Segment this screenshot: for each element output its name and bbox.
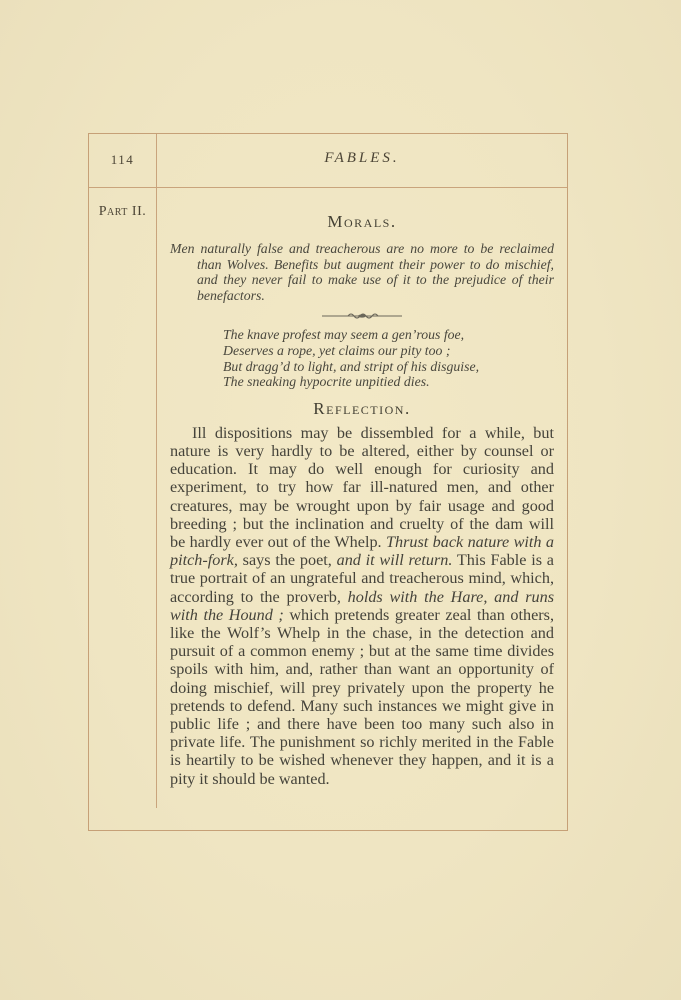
main-text-column: Morals. Men naturally false and treacher… [170, 188, 554, 788]
running-title: FABLES. [157, 150, 567, 167]
margin-divider-line [156, 134, 157, 808]
reflection-segment: which pretends greater zeal than others,… [170, 606, 554, 788]
part-label: Part II. [89, 204, 156, 220]
verse-line: But dragg’d to light, and stript of his … [223, 359, 554, 375]
morals-paragraph: Men naturally false and treacherous are … [170, 241, 554, 303]
morals-heading: Morals. [170, 212, 554, 232]
rope-divider-ornament-icon [322, 311, 402, 321]
reflection-heading: Reflection. [170, 399, 554, 419]
page-frame-border: 114 FABLES. Part II. Morals. Men natural… [88, 133, 568, 831]
reflection-segment: says the poet, [238, 551, 337, 569]
reflection-segment: Ill dispositions may be dissembled for a… [170, 424, 554, 551]
verse-line: Deserves a rope, yet claims our pity too… [223, 343, 554, 359]
verse-line: The knave profest may seem a gen’rous fo… [223, 327, 554, 343]
verse-line: The sneaking hypocrite unpitied dies. [223, 374, 554, 390]
reflection-paragraph: Ill dispositions may be dissembled for a… [170, 424, 554, 788]
reflection-segment-italic: and it will return. [337, 551, 453, 569]
page-number: 114 [89, 152, 156, 168]
verse-quatrain: The knave profest may seem a gen’rous fo… [223, 327, 554, 389]
